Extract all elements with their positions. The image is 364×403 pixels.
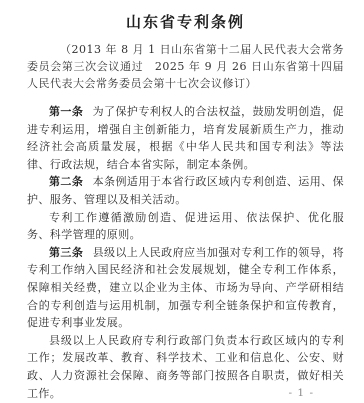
document-title: 山东省专利条例 (27, 11, 344, 32)
article-label: 第二条 (49, 175, 83, 188)
article-paragraph: 专利工作遵循激励创造、促进运用、依法保护、优化服务、科学管理的原则。 (27, 209, 344, 244)
article-label: 第三条 (49, 246, 83, 259)
document-body: 第一条为了保护专利权人的合法权益，鼓励发明创造，促进专利运用，增强自主创新能力，… (27, 103, 344, 402)
document-page: 山东省专利条例 （2013 年 8 月 1 日山东省第十二届人民代表大会常务委员… (0, 0, 364, 403)
article-text: 专利工作遵循激励创造、促进运用、依法保护、优化服务、科学管理的原则。 (27, 211, 344, 242)
page-number: - 1 - (289, 387, 314, 399)
article-paragraph: 第一条为了保护专利权人的合法权益，鼓励发明创造，促进专利运用，增强自主创新能力，… (27, 103, 344, 173)
article-label: 第一条 (49, 105, 83, 118)
document-subtitle: （2013 年 8 月 1 日山东省第十二届人民代表大会常务委员会第三次会议通过… (27, 41, 344, 92)
article-paragraph: 第三条县级以上人民政府应当加强对专利工作的领导，将专利工作纳入国民经济和社会发展… (27, 244, 344, 332)
article-paragraph: 第二条本条例适用于本省行政区域内专利创造、运用、保护、服务、管理以及相关活动。 (27, 173, 344, 208)
